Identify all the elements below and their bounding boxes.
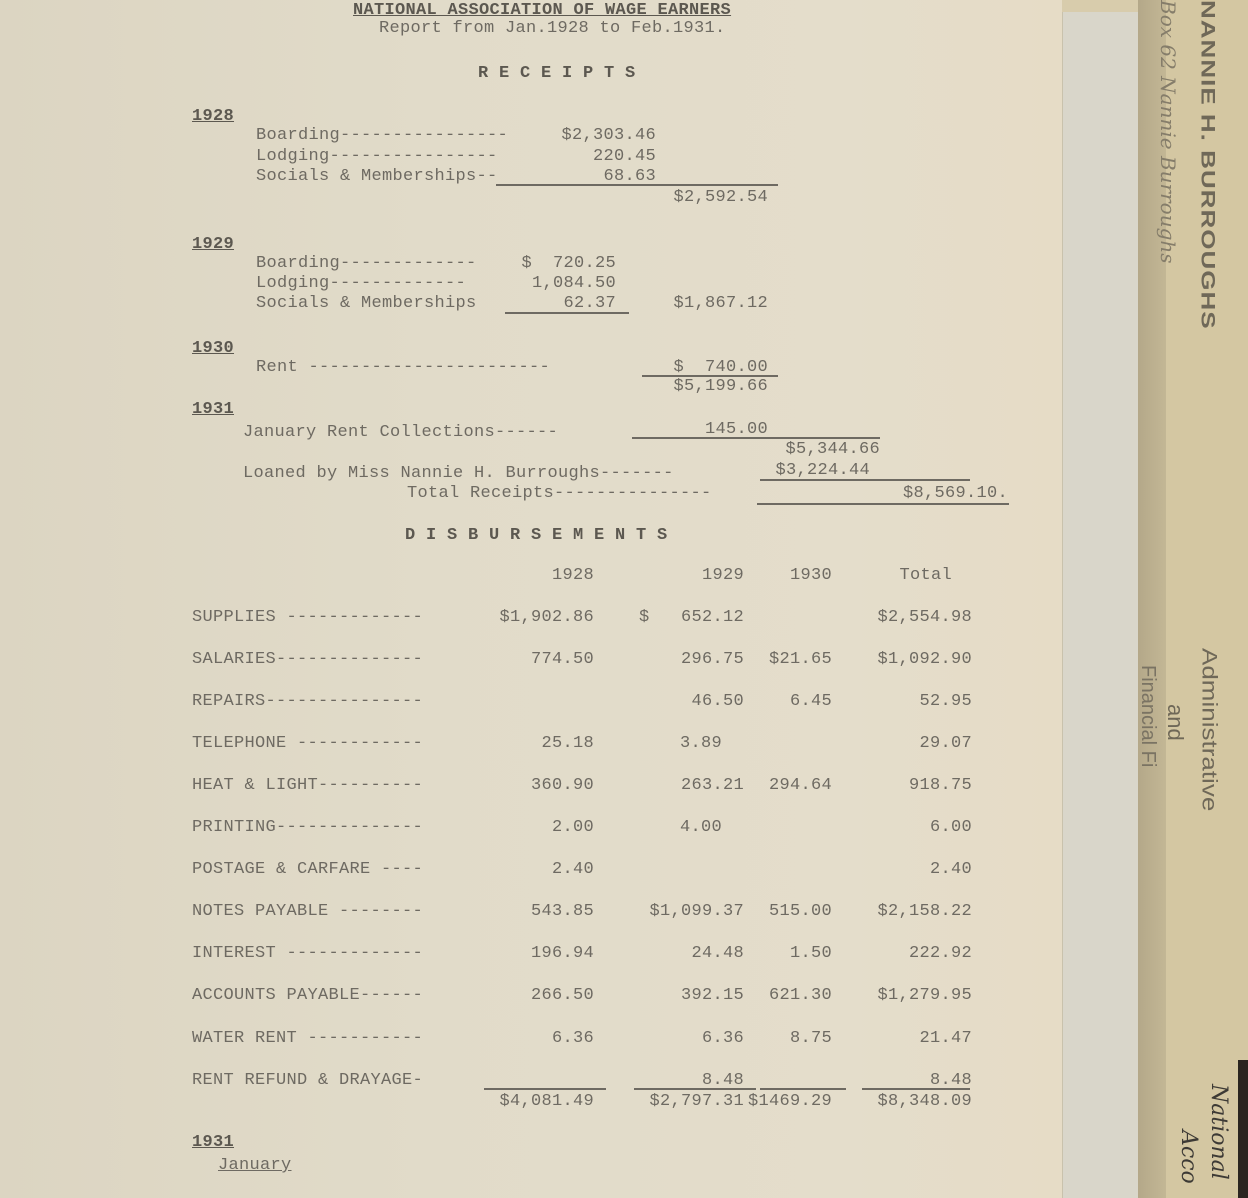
table-row: RENT REFUND & DRAYAGE- 8.48 8.48 <box>192 1072 982 1094</box>
cell-1929: $ 652.12 <box>604 609 744 626</box>
year-1930-heading: 1930 <box>192 340 234 357</box>
total-rule-1930 <box>760 1088 846 1090</box>
total-1930: $1469.29 <box>692 1093 832 1110</box>
receipts-heading: R E C E I P T S <box>478 65 636 82</box>
table-row: INTEREST ------------- 196.94 24.48 1.50… <box>192 945 982 967</box>
cell-total: $2,158.22 <box>832 903 972 920</box>
folder-handwritten-national: National <box>1206 1084 1231 1180</box>
receipt-amount: 145.00 <box>650 421 768 438</box>
cell-1930: 8.75 <box>692 1030 832 1047</box>
cell-total: 52.95 <box>832 693 972 710</box>
row-label: TELEPHONE ------------ <box>192 735 423 752</box>
total-1928: $4,081.49 <box>454 1093 594 1110</box>
cell-1930: 515.00 <box>692 903 832 920</box>
receipt-amount: $ 720.25 <box>500 255 616 272</box>
disbursements-header-row: 1928 1929 1930 Total <box>192 567 982 589</box>
receipt-label: Rent ----------------------- <box>256 359 550 376</box>
cell-total: 918.75 <box>832 777 972 794</box>
row-label: RENT REFUND & DRAYAGE- <box>192 1072 423 1089</box>
folder-category-line1: Administrative <box>1197 648 1222 811</box>
row-label: REPAIRS--------------- <box>192 693 423 710</box>
receipt-label: Boarding------------- <box>256 255 477 272</box>
receipt-label: January Rent Collections------ <box>243 424 558 441</box>
cell-1929: 3.89 <box>582 735 722 752</box>
table-row: REPAIRS--------------- 46.50 6.45 52.95 <box>192 693 982 715</box>
cell-total: $1,092.90 <box>832 651 972 668</box>
cell-total: 2.40 <box>832 861 972 878</box>
cell-total: 6.00 <box>832 819 972 836</box>
table-row: HEAT & LIGHT---------- 360.90 263.21 294… <box>192 777 982 799</box>
running-total-1931: $5,344.66 <box>762 441 880 458</box>
cell-1928: $1,902.86 <box>454 609 594 626</box>
report-title: NATIONAL ASSOCIATION OF WAGE EARNERS <box>353 2 731 19</box>
running-total-1930: $5,199.66 <box>650 378 768 395</box>
year-1931-heading: 1931 <box>192 401 234 418</box>
receipt-amount: $ 740.00 <box>650 359 768 376</box>
year-1928-heading: 1928 <box>192 108 234 125</box>
table-row: WATER RENT ----------- 6.36 6.36 8.75 21… <box>192 1030 982 1052</box>
folder-category-line3: Financial Fi <box>1136 665 1159 767</box>
cell-total: 222.92 <box>832 945 972 962</box>
cell-total: 29.07 <box>832 735 972 752</box>
table-row: POSTAGE & CARFARE ---- 2.40 2.40 <box>192 861 982 883</box>
loan-label: Loaned by Miss Nannie H. Burroughs------… <box>243 465 674 482</box>
subtotal-1928: $2,592.54 <box>650 189 768 206</box>
cell-1928: 2.00 <box>454 819 594 836</box>
disbursements-heading: D I S B U R S E M E N T S <box>405 527 668 544</box>
receipt-label: Socials & Memberships <box>256 295 477 312</box>
cell-total: 21.47 <box>832 1030 972 1047</box>
folder-dark-edge <box>1238 1060 1248 1198</box>
cell-1928: 360.90 <box>454 777 594 794</box>
cell-1930: $21.65 <box>692 651 832 668</box>
cell-1930: 6.45 <box>692 693 832 710</box>
subtotal-rule <box>496 184 778 186</box>
cell-1928: 266.50 <box>454 987 594 1004</box>
year-1929-heading: 1929 <box>192 236 234 253</box>
table-row: ACCOUNTS PAYABLE------ 266.50 392.15 621… <box>192 987 982 1009</box>
cell-1928: 774.50 <box>454 651 594 668</box>
typewritten-report-page <box>0 0 1062 1198</box>
row-label: SUPPLIES ------------- <box>192 609 423 626</box>
table-row: PRINTING-------------- 2.00 4.00 6.00 <box>192 819 982 841</box>
total-rule-total <box>862 1088 970 1090</box>
cell-1930: 1.50 <box>692 945 832 962</box>
receipt-label: Lodging------------- <box>256 275 477 292</box>
receipt-amount: 220.45 <box>540 148 656 165</box>
folder-category-line2: and <box>1162 704 1188 741</box>
total-rule-1929 <box>634 1088 756 1090</box>
subtotal-1929: $1,867.12 <box>650 295 768 312</box>
cell-total: $2,554.98 <box>832 609 972 626</box>
table-row: SALARIES-------------- 774.50 296.75 $21… <box>192 651 982 673</box>
receipt-label: Lodging---------------- <box>256 148 498 165</box>
cell-1930: 621.30 <box>692 987 832 1004</box>
receipt-amount: $2,303.46 <box>540 127 656 144</box>
cell-1929: 4.00 <box>582 819 722 836</box>
row-label: HEAT & LIGHT---------- <box>192 777 423 794</box>
section-1931-year: 1931 <box>192 1134 234 1151</box>
row-label: WATER RENT ----------- <box>192 1030 423 1047</box>
cell-1928: 6.36 <box>454 1030 594 1047</box>
subtotal-rule <box>632 437 880 439</box>
cell-1929: 8.48 <box>604 1072 744 1089</box>
total-rule <box>757 503 1009 505</box>
cell-total: $1,279.95 <box>832 987 972 1004</box>
section-1931-month: January <box>218 1157 292 1174</box>
loan-amount: $3,224.44 <box>740 462 870 479</box>
cell-1928: 25.18 <box>454 735 594 752</box>
disbursements-totals-row: $4,081.49 $2,797.31 $1469.29 $8,348.09 <box>192 1093 982 1115</box>
total-receipts-label: Total Receipts--------------- <box>407 485 712 502</box>
paper-strip <box>1062 12 1139 1198</box>
receipt-amount: 62.37 <box>500 295 616 312</box>
receipt-label: Boarding---------------- <box>256 127 508 144</box>
subtotal-rule <box>760 479 970 481</box>
total-grand: $8,348.09 <box>832 1093 972 1110</box>
total-rule-1928 <box>484 1088 606 1090</box>
receipt-amount: 1,084.50 <box>500 275 616 292</box>
cell-1928: 543.85 <box>454 903 594 920</box>
row-label: PRINTING-------------- <box>192 819 423 836</box>
row-label: NOTES PAYABLE -------- <box>192 903 423 920</box>
column-header-1930: 1930 <box>692 567 832 584</box>
folder-handwritten-note: Box 62 Nannie Burroughs <box>1156 0 1180 264</box>
column-header-1928: 1928 <box>454 567 594 584</box>
folder-handwritten-account: Acco <box>1176 1130 1201 1184</box>
table-row: SUPPLIES ------------- $1,902.86 $ 652.1… <box>192 609 982 631</box>
table-row: TELEPHONE ------------ 25.18 3.89 29.07 <box>192 735 982 757</box>
cell-1928: 196.94 <box>454 945 594 962</box>
subtotal-rule <box>505 312 629 314</box>
report-subtitle: Report from Jan.1928 to Feb.1931. <box>379 20 726 37</box>
receipt-amount: 68.63 <box>540 168 656 185</box>
row-label: SALARIES-------------- <box>192 651 423 668</box>
cell-total: 8.48 <box>832 1072 972 1089</box>
column-header-total: Total <box>812 567 952 584</box>
receipt-label: Socials & Memberships-- <box>256 168 498 185</box>
total-receipts-amount: $8,569.10. <box>860 485 1008 502</box>
row-label: POSTAGE & CARFARE ---- <box>192 861 423 878</box>
cell-1928: 2.40 <box>454 861 594 878</box>
table-row: NOTES PAYABLE -------- 543.85 $1,099.37 … <box>192 903 982 925</box>
row-label: INTEREST ------------- <box>192 945 423 962</box>
cell-1930: 294.64 <box>692 777 832 794</box>
row-label: ACCOUNTS PAYABLE------ <box>192 987 423 1004</box>
folder-name-label: NANNIE H. BURROUGHS <box>1196 0 1219 330</box>
